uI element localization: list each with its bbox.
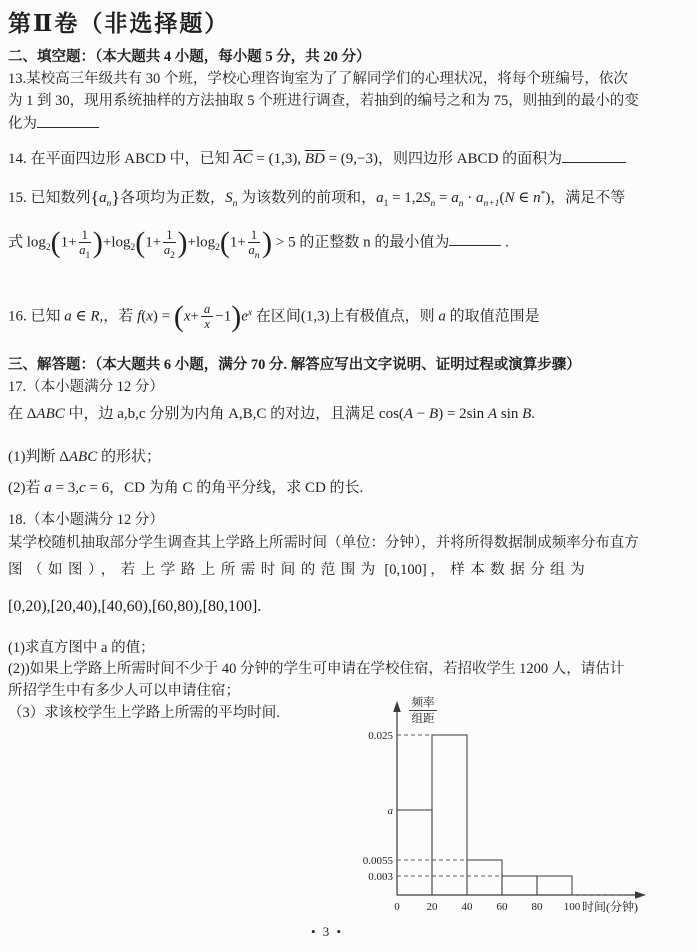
bar-20-40 [432,735,467,895]
exam-page: { "page": { "title": "第Ⅱ卷（非选择题）", "page_… [0,0,697,952]
bar-80-100 [537,876,572,895]
ytick-0.025: 0.025 [368,730,393,742]
problem-17-intro: 在 ΔABC 中，边 a,b,c 分别为内角 A,B,C 的对边，且满足 cos… [8,404,535,424]
problem-18-intervals: [0,20),[20,40),[40,60),[60,80),[80,100]. [8,596,261,618]
xtick-100: 100 [564,901,581,913]
guide-lines [397,735,624,895]
ytick-0.003: 0.003 [368,871,393,883]
xtick-60: 60 [497,901,509,913]
problem-17-q1: (1)判断 ΔABC 的形状； [8,447,161,467]
page-title: 第Ⅱ卷（非选择题） [8,8,229,39]
problem-18-line-2: 图（如图），若上学路上所需时间的范围为 [0,100] ，样本数据分组为 [8,561,590,581]
y-tick-labels: 0.025 a 0.0055 0.003 [363,730,394,883]
problem-13-answer-blank-line: 化为 [8,113,99,135]
y-axis-arrow [393,701,401,712]
x-axis-arrow [635,891,646,899]
problem-14: 14. 在平面四边形 ABCD 中，已知 AC = (1,3), BD = (9… [8,147,626,169]
ytick-a: a [388,805,394,817]
frequency-histogram: 频率 组距 0.025 a 0.0055 0.003 0 20 40 60 80… [362,690,662,930]
problem-18-heading: 18.（本小题满分 12 分） [8,511,164,531]
axes [397,708,638,895]
y-axis-label-numerator: 频率 [412,695,435,709]
bar-0-20 [397,810,432,895]
problem-18-q1: (1)求直方图中 a 的值； [8,639,155,659]
ytick-0.0055: 0.0055 [363,855,394,867]
problem-18-q3: （3）求该校学生上学路上所需的平均时间. [8,704,280,724]
bar-40-60 [467,860,502,895]
y-axis-label-denominator: 组距 [412,712,435,725]
problem-18-q2-line-1: (2))如果上学路上所需时间不少于 40 分钟的学生可申请在学校住宿，若招收学生… [8,660,624,680]
histogram-bars [397,735,572,895]
problem-17-q2: (2)若 a = 3,c = 6，CD 为角 C 的角平分线，求 CD 的长. [8,478,363,498]
problem-18-q2-line-2: 所招学生中有多少人可以申请住宿； [8,682,240,702]
problem-13-line-2: 为 1 到 30，现用系统抽样的方法抽取 5 个班进行调查，若抽到的编号之和为 … [8,92,639,112]
solve-section-heading: 三、解答题：（本大题共 6 小题，满分 70 分. 解答应写出文字说明、证明过程… [8,356,581,376]
problem-16: 16. 已知 a ∈ R,，若 f(x) = (x+ax−1)ex 在区间(1,… [8,302,540,332]
xtick-80: 80 [532,901,544,913]
problem-13-line-1: 13.某校高三年级共有 30 个班，学校心理咨询室为了了解同学们的心理状况，将每… [8,70,628,90]
problem-15-line-1: 15. 已知数列{an}各项均为正数，Sn 为该数列的前项和，a1 = 1,2S… [8,188,625,208]
page-number: • 3 • [311,923,343,941]
problem-18-line-1: 某学校随机抽取部分学生调查其上学路上所需时间（单位：分钟），并将所得数据制成频率… [8,534,639,554]
bar-60-80 [502,876,537,895]
x-axis-label: 时间(分钟) [582,899,638,914]
y-axis-label: 频率 组距 [409,695,437,725]
x-tick-labels: 0 20 40 60 80 100 [394,901,581,913]
fill-in-section-heading: 二、填空题：（本大题共 4 小题，每小题 5 分，共 20 分） [8,48,371,68]
xtick-40: 40 [462,901,474,913]
problem-17-heading: 17.（本小题满分 12 分） [8,378,164,398]
xtick-0: 0 [394,901,400,913]
xtick-20: 20 [427,901,439,913]
problem-15-line-2: 式 log2(1+1a1)+log2(1+1a2)+log2(1+1an) > … [8,228,509,258]
